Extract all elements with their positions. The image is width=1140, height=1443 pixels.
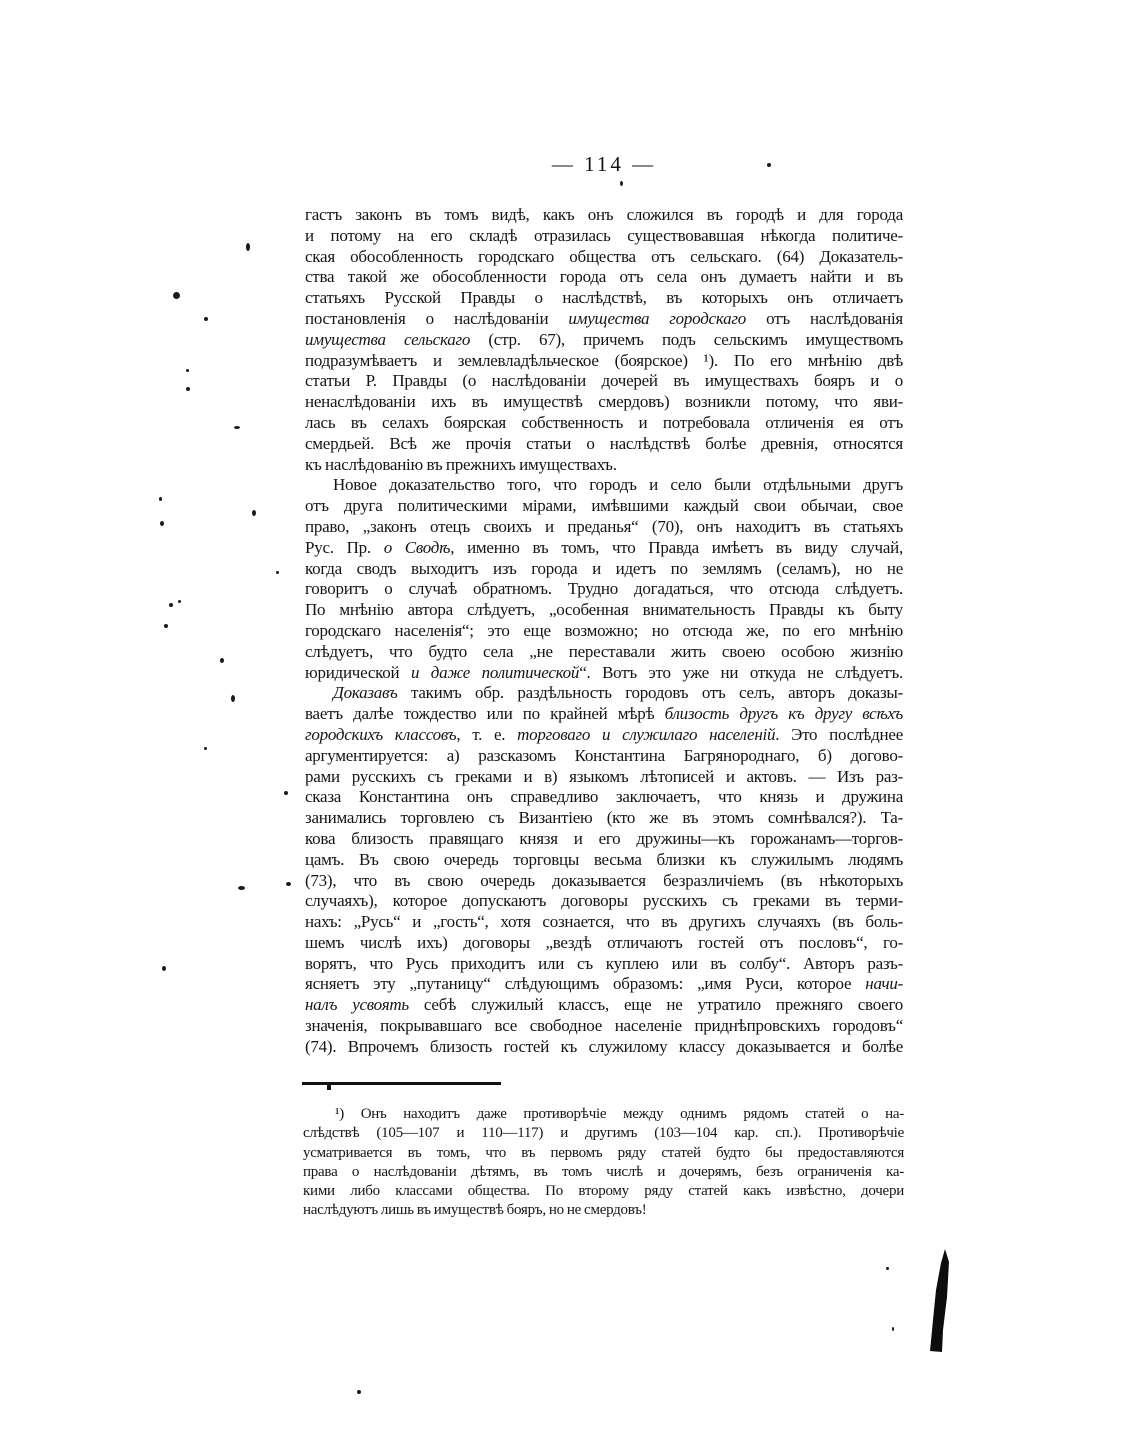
scan-speck [159,497,162,501]
text-line: усматривается въ томъ, что въ первомъ ря… [303,1144,904,1163]
text-line: (73), что въ свою очередь доказывается б… [305,871,903,892]
scan-speck [220,658,224,663]
paragraph: гастъ законъ въ томъ видѣ, какъ онъ слож… [305,205,903,475]
scan-speck [186,369,189,372]
text-line: ворятъ, что Русь приходитъ или съ куплею… [305,954,903,975]
scan-speck [284,791,288,795]
text-line: городскаго населенія“; это еще возможно;… [305,621,903,642]
text-line: слѣдуетъ, что будто села „не переставали… [305,642,903,663]
text-line: цамъ. Въ свою очередь торговцы весьма бл… [305,850,903,871]
ink-smudge [930,1249,949,1352]
text-line: кими либо классами общества. По второму … [303,1182,904,1201]
scanned-page: — 114 — гастъ законъ въ томъ видѣ, какъ … [0,0,1140,1443]
text-line: и потому на его складѣ отразилась сущест… [305,226,903,247]
main-text: гастъ законъ въ томъ видѣ, какъ онъ слож… [305,205,903,1058]
text-line: смердьей. Всѣ же прочія статьи о наслѣдс… [305,434,903,455]
text-line: права о наслѣдованіи дѣтямъ, въ томъ чис… [303,1163,904,1182]
text-line: говоритъ о случаѣ обратномъ. Трудно дога… [305,579,903,600]
scan-speck [186,387,190,391]
text-line: шемъ числѣ ихъ) договоры „вездѣ отличают… [305,933,903,954]
scan-speck [238,886,245,890]
text-line: гастъ законъ въ томъ видѣ, какъ онъ слож… [305,205,903,226]
text-line: аргументируется: а) разсказомъ Константи… [305,746,903,767]
paragraph: Доказавъ такимъ обр. раздѣльность городо… [305,683,903,1057]
text-line: Новое доказательство того, что городъ и … [305,475,903,496]
text-line: значенія, покрывавшаго все свободное нас… [305,1016,903,1037]
text-line: ская обособленность городскаго общества … [305,247,903,268]
text-line: Доказавъ такимъ обр. раздѣльность городо… [305,683,903,704]
scan-speck [886,1267,889,1270]
paragraph: Новое доказательство того, что городъ и … [305,475,903,683]
scan-speck [286,882,291,886]
text-line: ваетъ далѣе тождество или по крайней мѣр… [305,704,903,725]
text-line: нахъ: „Русь“ и „гость“, хотя сознается, … [305,912,903,933]
text-line: сказа Константина онъ справедливо заключ… [305,787,903,808]
text-line: налъ усвоять себѣ служилый классъ, еще н… [305,995,903,1016]
text-line: наслѣдуютъ лишь въ имуществѣ бояръ, но н… [303,1201,904,1220]
text-line: ¹) Онъ находитъ даже противорѣчіе между … [303,1105,904,1124]
text-line: ства такой же обособленности города отъ … [305,267,903,288]
text-line: ясняетъ эту „путаницу“ слѣдующимъ образо… [305,974,903,995]
text-line: рами русскихъ съ греками и в) языкомъ лѣ… [305,767,903,788]
text-line: къ наслѣдованію въ прежнихъ имуществахъ. [305,455,903,476]
text-line: слѣдствѣ (105—107 и 110—117) и другимъ (… [303,1124,904,1143]
scan-speck [276,571,279,574]
footnote-text: ¹) Онъ находитъ даже противорѣчіе между … [303,1105,904,1221]
scan-speck [173,292,180,299]
scan-speck [169,603,173,607]
text-line: городскихъ классовъ, т. е. торговаго и с… [305,725,903,746]
text-line: когда сводъ выходитъ изъ города и идетъ … [305,559,903,580]
scan-speck [231,695,235,702]
footnote-separator-tick [327,1084,331,1090]
text-line: лась въ селахъ боярская собственность и … [305,413,903,434]
footnote-separator [302,1082,501,1085]
text-line: Рус. Пр. о Сводѣ, именно въ томъ, что Пр… [305,538,903,559]
scan-speck [204,317,208,321]
text-line: статьяхъ Русской Правды о наслѣдствѣ, въ… [305,288,903,309]
scan-speck [164,624,168,628]
scan-speck [178,600,181,603]
scan-speck [620,181,623,186]
text-line: подразумѣваетъ и землевладѣльческое (боя… [305,351,903,372]
scan-speck [357,1390,361,1394]
text-line: статьи Р. Правды (о наслѣдованіи дочерей… [305,371,903,392]
text-line: кова близость правящаго князя и его друж… [305,829,903,850]
scan-speck [246,243,250,251]
text-line: случаяхъ), которое допускаютъ договоры р… [305,891,903,912]
text-line: право, „законъ отецъ своихъ и преданья“ … [305,517,903,538]
text-line: имущества сельскаго (стр. 67), причемъ п… [305,330,903,351]
text-line: юридической и даже политической“. Вотъ э… [305,663,903,684]
text-line: По мнѣнію автора слѣдуетъ, „особенная вн… [305,600,903,621]
scan-speck [767,163,771,167]
text-line: постановленія о наслѣдованіи имущества г… [305,309,903,330]
scan-speck [160,521,164,526]
page-number: — 114 — [305,152,903,177]
text-line: занимались торговлею съ Византіею (кто ж… [305,808,903,829]
scan-speck [204,747,207,750]
scan-speck [162,966,166,971]
text-line: (74). Впрочемъ близость гостей къ служил… [305,1037,903,1058]
text-line: ненаслѣдованіи ихъ въ имуществѣ смердовъ… [305,392,903,413]
scan-speck [892,1327,894,1331]
scan-speck [252,510,256,516]
scan-speck [234,426,240,429]
text-line: отъ друга политическими мірами, имѣвшими… [305,496,903,517]
